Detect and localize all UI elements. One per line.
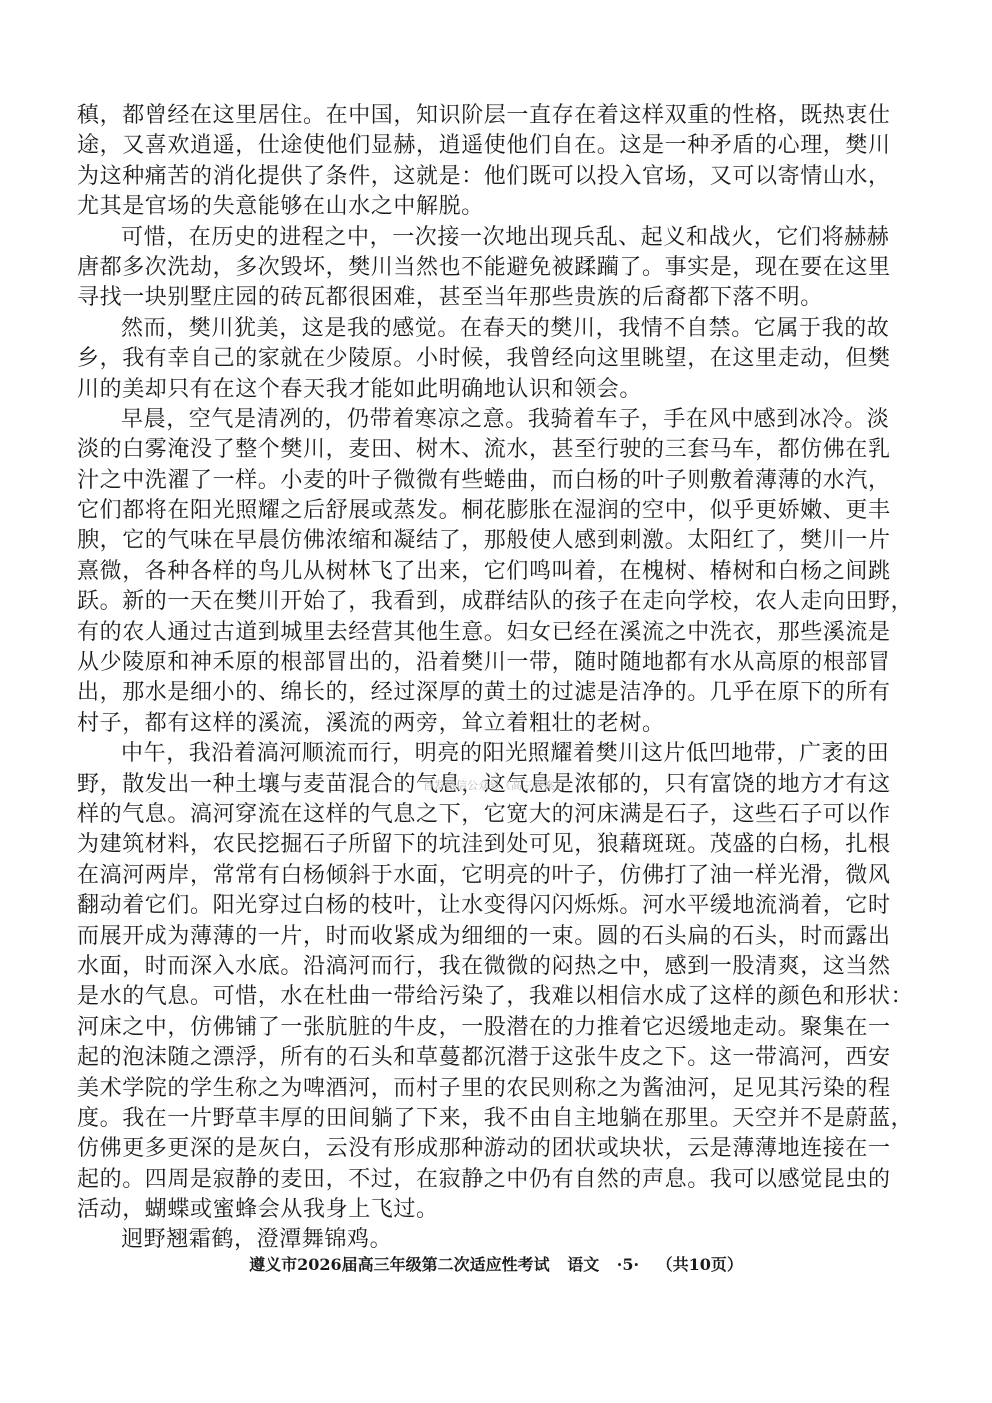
text-line: 美术学院的学生称之为啤酒河，而村子里的农民则称之为酱油河，足见其污染的程 xyxy=(77,1074,867,1104)
text-line: 水面，时而深入水底。沿滈河而行，我在微微的闷热之中，感到一股清爽，这当然 xyxy=(77,952,867,982)
text-line: 村子，都有这样的溪流，溪流的两旁，耸立着粗壮的老树。 xyxy=(77,709,867,739)
text-line: 是水的气息。可惜，水在杜曲一带给污染了，我难以相信水成了这样的颜色和形状： xyxy=(77,982,867,1012)
text-line: 尤其是官场的失意能够在山水之中解脱。 xyxy=(77,192,867,222)
text-line: 早晨，空气是清冽的，仍带着寒凉之意。我骑着车子，手在风中感到冰冷。淡 xyxy=(77,405,867,435)
paragraph-4: 早晨，空气是清冽的，仍带着寒凉之意。我骑着车子，手在风中感到冰冷。淡 淡的白雾淹… xyxy=(77,405,867,739)
text-line: 有的农人通过古道到城里去经营其他生意。妇女已经在溪流之中洗衣，那些溪流是 xyxy=(77,618,867,648)
paragraph-3: 然而，樊川犹美，这是我的感觉。在春天的樊川，我情不自禁。它属于我的故 乡，我有幸… xyxy=(77,314,867,405)
page-number: ·5· xyxy=(617,1255,639,1274)
paragraph-5: 中午，我沿着滈河顺流而行，明亮的阳光照耀着樊川这片低凹地带，广袤的田 野，散发出… xyxy=(77,739,867,1225)
page-footer: 遵义市2026届高三年级第二次适应性考试 语文 ·5· （共10页） xyxy=(0,1252,992,1275)
subject: 语文 xyxy=(567,1255,599,1274)
text-line: 出，那水是细小的、绵长的，经过深厚的黄土的过滤是洁净的。几乎在原下的所有 xyxy=(77,678,867,708)
text-line: 可惜，在历史的进程之中，一次接一次地出现兵乱、起义和战火，它们将赫赫 xyxy=(77,223,867,253)
text-line: 为这种痛苦的消化提供了条件，这就是：他们既可以投入官场，又可以寄情山水， xyxy=(77,162,867,192)
watermark: 首发微信公众号《高三答案》 xyxy=(423,777,566,793)
text-line: 为建筑材料，农民挖掘石子所留下的坑洼到处可见，狼藉斑斑。茂盛的白杨，扎根 xyxy=(77,830,867,860)
text-line: 起的泡沫随之漂浮，所有的石头和草蔓都沉潜于这张牛皮之下。这一带滈河，西安 xyxy=(77,1043,867,1073)
text-line: 腴，它的气味在早晨仿佛浓缩和凝结了，那般使人感到刺激。太阳红了，樊川一片 xyxy=(77,526,867,556)
text-line: 仿佛更多更深的是灰白，云没有形成那种游动的团状或块状，云是薄薄地连接在一 xyxy=(77,1134,867,1164)
text-line: 熹微，各种各样的鸟儿从树林飞了出来，它们鸣叫着，在槐树、椿树和白杨之间跳 xyxy=(77,557,867,587)
text-line: 汁之中洗濯了一样。小麦的叶子微微有些蜷曲，而白杨的叶子则敷着薄薄的水汽， xyxy=(77,466,867,496)
text-line: 在滈河两岸，常常有白杨倾斜于水面，它明亮的叶子，仿佛打了油一样光滑，微风 xyxy=(77,861,867,891)
text-line: 样的气息。滈河穿流在这样的气息之下，它宽大的河床满是石子，这些石子可以作 xyxy=(77,800,867,830)
text-line: 川的美却只有在这个春天我才能如此明确地认识和领会。 xyxy=(77,375,867,405)
text-line: 度。我在一片野草丰厚的田间躺了下来，我不由自主地躺在那里。天空并不是蔚蓝， xyxy=(77,1104,867,1134)
text-line: 活动，蝴蝶或蜜蜂会从我身上飞过。 xyxy=(77,1195,867,1225)
text-line: 寻找一块别墅庄园的砖瓦都很困难，甚至当年那些贵族的后裔都下落不明。 xyxy=(77,283,867,313)
text-line: 它们都将在阳光照耀之后舒展或蒸发。桐花膨胀在湿润的空中，似乎更娇嫩、更丰 xyxy=(77,496,867,526)
paragraph-1: 稹，都曾经在这里居住。在中国，知识阶层一直存在着这样双重的性格，既热衷仕 途，又… xyxy=(77,101,867,223)
text-line: 唐都多次洗劫，多次毁坏，樊川当然也不能避免被蹂躏了。事实是，现在要在这里 xyxy=(77,253,867,283)
total-pages: （共10页） xyxy=(657,1255,743,1274)
text-line: 途，又喜欢逍遥，仕途使他们显赫，逍遥使他们自在。这是一种矛盾的心理，樊川 xyxy=(77,131,867,161)
text-line: 河床之中，仿佛铺了一张肮脏的牛皮，一股潜在的力推着它迟缓地走动。聚集在一 xyxy=(77,1013,867,1043)
paragraph-2: 可惜，在历史的进程之中，一次接一次地出现兵乱、起义和战火，它们将赫赫 唐都多次洗… xyxy=(77,223,867,314)
text-line: 从少陵原和神禾原的根部冒出的，沿着樊川一带，随时随地都有水从高原的根部冒 xyxy=(77,648,867,678)
text-line: 中午，我沿着滈河顺流而行，明亮的阳光照耀着樊川这片低凹地带，广袤的田 xyxy=(77,739,867,769)
text-line: 乡，我有幸自己的家就在少陵原。小时候，我曾经向这里眺望，在这里走动，但樊 xyxy=(77,344,867,374)
document-body: 稹，都曾经在这里居住。在中国，知识阶层一直存在着这样双重的性格，既热衷仕 途，又… xyxy=(77,101,867,1256)
text-line: 稹，都曾经在这里居住。在中国，知识阶层一直存在着这样双重的性格，既热衷仕 xyxy=(77,101,867,131)
exam-title: 遵义市2026届高三年级第二次适应性考试 xyxy=(249,1255,550,1274)
text-line: 跃。新的一天在樊川开始了，我看到，成群结队的孩子在走向学校，农人走向田野， xyxy=(77,587,867,617)
text-line: 而展开成为薄薄的一片，时而收紧成为细细的一束。圆的石头扁的石头，时而露出 xyxy=(77,922,867,952)
text-line: 淡的白雾淹没了整个樊川，麦田、树木、流水，甚至行驶的三套马车，都仿佛在乳 xyxy=(77,435,867,465)
text-line: 然而，樊川犹美，这是我的感觉。在春天的樊川，我情不自禁。它属于我的故 xyxy=(77,314,867,344)
text-line: 翻动着它们。阳光穿过白杨的枝叶，让水变得闪闪烁烁。河水平缓地流淌着，它时 xyxy=(77,891,867,921)
text-line: 起的。四周是寂静的麦田，不过，在寂静之中仍有自然的声息。我可以感觉昆虫的 xyxy=(77,1165,867,1195)
